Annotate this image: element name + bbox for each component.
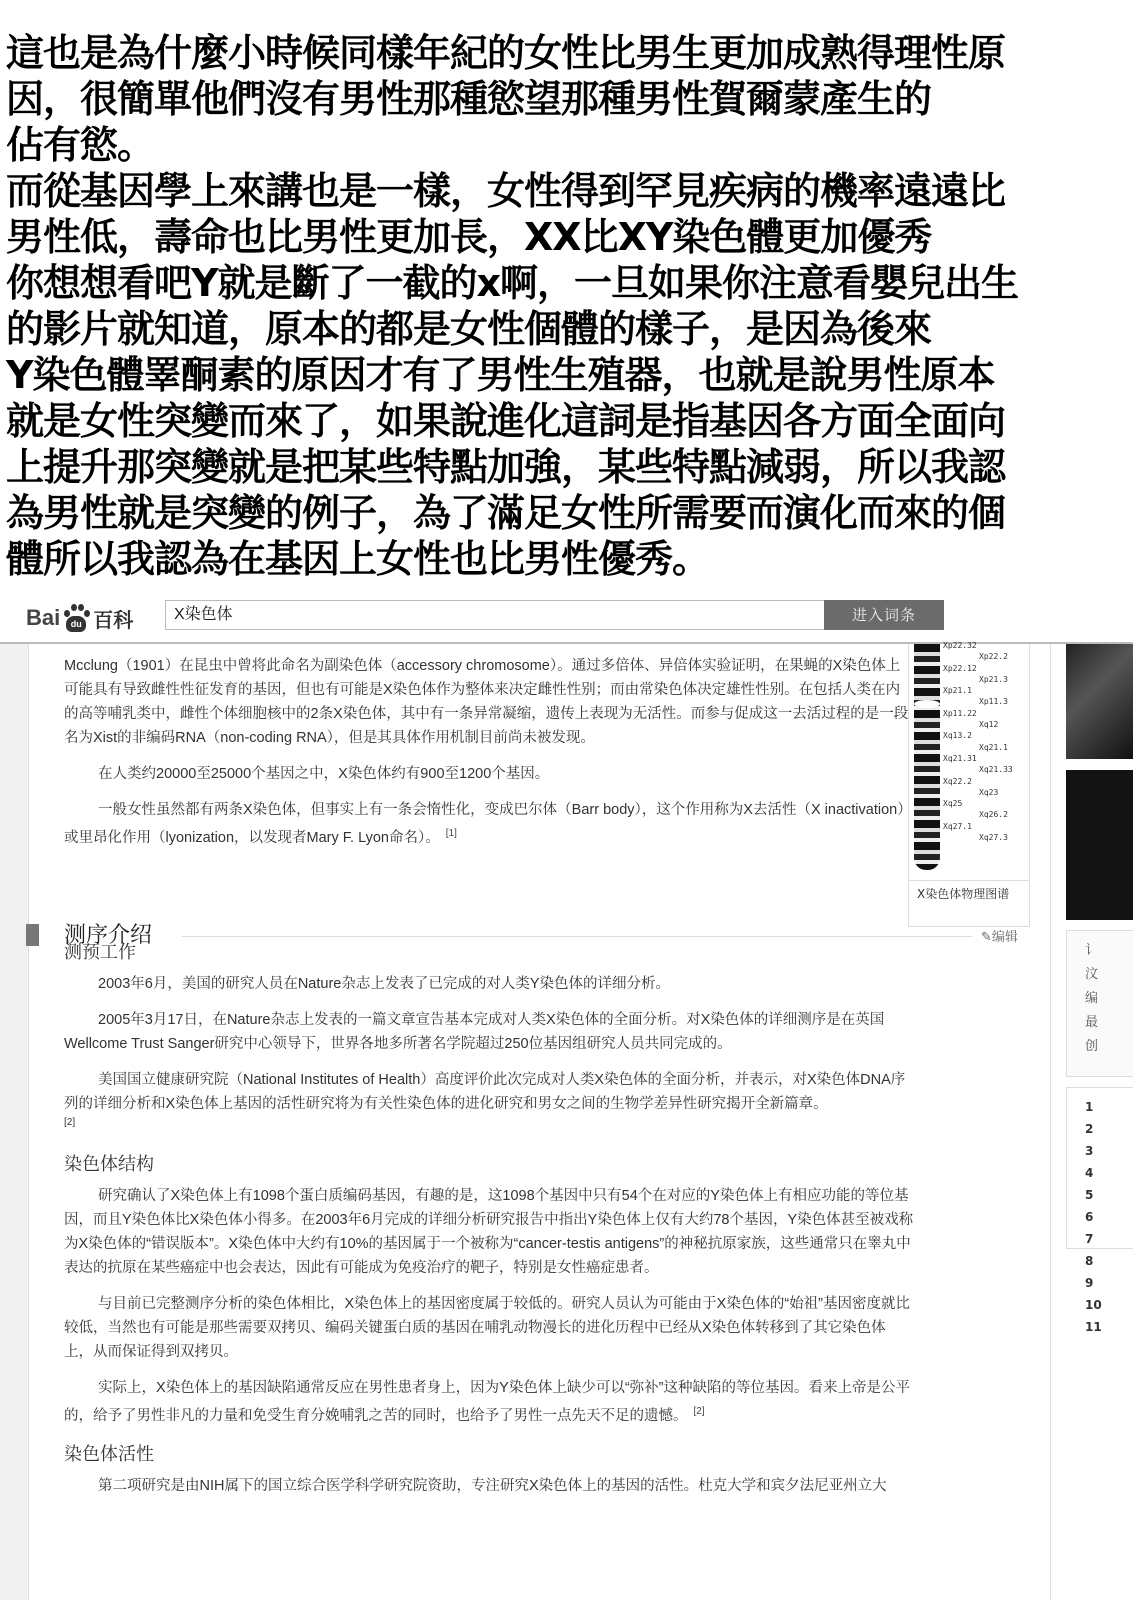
table-of-contents: 1 2 3 4 5 6 7 8 9 10 11 <box>1066 1087 1133 1249</box>
cut-line <box>64 644 914 654</box>
toc-item[interactable]: 1 <box>1067 1096 1133 1118</box>
toc-item[interactable]: 8 <box>1067 1250 1133 1272</box>
caption-line: 就是女性突變而來了，如果說進化這詞是指基因各方面全面向 <box>6 398 1131 444</box>
search-input[interactable]: X染色体 <box>165 600 825 630</box>
paragraph: 实际上，X染色体上的基因缺陷通常反应在男性患者身上，因为Y染色体上缺少可以“弥补… <box>64 1376 914 1428</box>
subsection-title: 染色体活性 <box>64 1438 914 1470</box>
paragraph: 美国国立健康研究院（National Institutes of Health）… <box>64 1068 914 1116</box>
section-rule <box>182 936 972 937</box>
paragraph: 在人类约20000至25000个基因之中，X染色体约有900至1200个基因。 <box>64 762 914 786</box>
toc-item[interactable]: 10 <box>1067 1294 1133 1316</box>
toc-item[interactable]: 6 <box>1067 1206 1133 1228</box>
article-body: Mcclung（1901）在昆虫中曾将此命名为副染色体（accessory ch… <box>64 644 914 1498</box>
paragraph: 与目前已完整测序分析的染色体相比，X染色体上的基因密度属于较低的。研究人员认为可… <box>64 1292 914 1364</box>
caption-line: 上提升那突變就是把某些特點加強，某些特點減弱，所以我認 <box>6 444 1131 490</box>
chromosome-figure[interactable]: Xp22.32 Xp22.2 Xp22.12 Xp21.3 Xp21.1 Xp1… <box>908 644 1030 927</box>
paw-icon: du <box>61 604 91 632</box>
toc-item[interactable]: 2 <box>1067 1118 1133 1140</box>
logo-latin: Bai <box>26 605 60 631</box>
toc-item[interactable]: 7 <box>1067 1228 1133 1250</box>
toc-item[interactable]: 9 <box>1067 1272 1133 1294</box>
caption-line: 你想想看吧Y就是斷了一截的x啊，一旦如果你注意看嬰兒出生 <box>6 260 1131 306</box>
caption-line: 的影片就知道，原本的都是女性個體的樣子，是因為後來 <box>6 306 1131 352</box>
caption-line: 因，很簡單他們沒有男性那種慾望那種男性賀爾蒙產生的 <box>6 76 1131 122</box>
paragraph: 研究确认了X染色体上有1098个蛋白质编码基因，有趣的是，这1098个基因中只有… <box>64 1184 914 1280</box>
paragraph: 2005年3月17日，在Nature杂志上发表的一篇文章宣告基本完成对人类X染色… <box>64 1008 914 1056</box>
caption-line: 為男性就是突變的例子，為了滿足女性所需要而演化而來的個 <box>6 490 1131 536</box>
chromosome-ideogram <box>914 644 940 870</box>
baike-screenshot: Bai du 百科 X染色体 进入词条 Mcclung（1901）在昆虫中曾将此… <box>0 590 1133 1600</box>
header-bar: Bai du 百科 X染色体 进入词条 <box>0 590 1133 640</box>
logo-cn: 百科 <box>93 604 133 633</box>
reference-link[interactable]: [2] <box>694 1406 705 1417</box>
caption-line: 男性低，壽命也比男性更加長，XX比XY染色體更加優秀 <box>6 214 1131 260</box>
toc-item[interactable]: 4 <box>1067 1162 1133 1184</box>
paragraph: Mcclung（1901）在昆虫中曾将此命名为副染色体（accessory ch… <box>64 654 914 750</box>
caption-line: 佔有慾。 <box>6 122 1131 168</box>
left-gutter <box>0 644 29 1600</box>
reference-link[interactable]: [1] <box>446 828 457 839</box>
caption-line: 而從基因學上來講也是一樣，女性得到罕見疾病的機率遠遠比 <box>6 168 1131 214</box>
section-title: 测序介绍 <box>64 918 152 949</box>
baidu-baike-logo[interactable]: Bai du 百科 <box>26 604 133 632</box>
caption-line: 體所以我認為在基因上女性也比男性優秀。 <box>6 536 1131 582</box>
pencil-icon: ✎ <box>981 930 992 945</box>
figure-caption: X染色体物理图谱 <box>909 880 1029 908</box>
enter-entry-button[interactable]: 进入词条 <box>824 600 944 630</box>
caption-text: 這也是為什麼小時候同樣年紀的女性比男生更加成熟得理性原 因，很簡單他們沒有男性那… <box>6 30 1131 582</box>
sidebar-info-box: 讠 汶 编 最 创 <box>1066 930 1133 1077</box>
section-header: 测序介绍 ✎编辑 <box>26 916 1031 956</box>
reference-link[interactable]: [2] <box>64 1116 914 1130</box>
edit-button[interactable]: ✎编辑 <box>981 926 1018 945</box>
caption-line: Y染色體睪酮素的原因才有了男性生殖器，也就是說男性原本 <box>6 352 1131 398</box>
section-marker <box>26 924 39 946</box>
sidebar-divider <box>1050 644 1051 1600</box>
toc-item[interactable]: 11 <box>1067 1316 1133 1338</box>
sidebar-image[interactable] <box>1066 644 1133 759</box>
sidebar-video[interactable] <box>1066 770 1133 920</box>
subsection-title: 染色体结构 <box>64 1148 914 1180</box>
toc-item[interactable]: 3 <box>1067 1140 1133 1162</box>
caption-line: 這也是為什麼小時候同樣年紀的女性比男生更加成熟得理性原 <box>6 30 1131 76</box>
toc-item[interactable]: 5 <box>1067 1184 1133 1206</box>
paragraph: 2003年6月，美国的研究人员在Nature杂志上发表了已完成的对人类Y染色体的… <box>64 972 914 996</box>
paragraph: 第二项研究是由NIH属下的国立综合医学科学研究院资助，专注研究X染色体上的基因的… <box>64 1474 914 1498</box>
paragraph: 一般女性虽然都有两条X染色体，但事实上有一条会惰性化，变成巴尔体（Barr bo… <box>64 798 914 850</box>
band-labels: Xp22.32 Xp22.2 Xp22.12 Xp21.3 Xp21.1 Xp1… <box>943 640 1013 843</box>
